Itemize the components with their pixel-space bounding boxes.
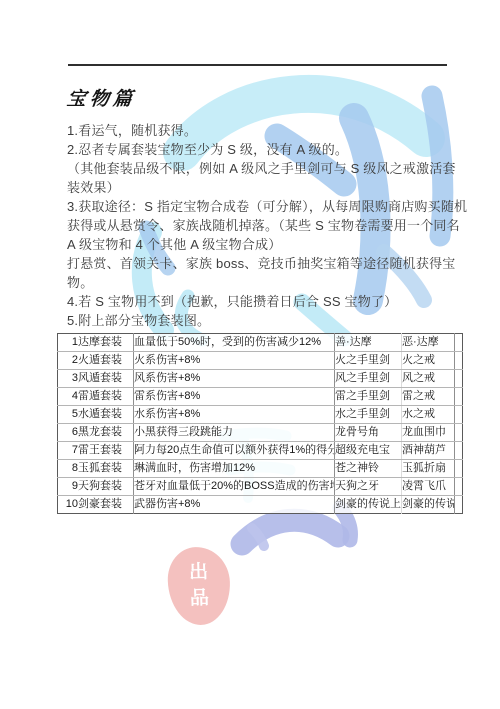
page-title: 宝物篇 xyxy=(66,84,138,111)
cell-item1: 超级充电宝 xyxy=(335,442,402,460)
cell-effect: 血量低于50%时，受到的伤害减少12% xyxy=(134,334,335,352)
cell-item1: 龙骨号角 xyxy=(335,424,402,442)
cell-name: 天狗套装 xyxy=(78,478,134,496)
cell-item2: 玉狐折扇 xyxy=(402,460,455,478)
text-line: 打悬赏、首领关卡、家族 boss、竞技币抽奖宝箱等途径随机获得宝 xyxy=(67,254,459,273)
text-line: 装效果） xyxy=(67,178,459,197)
cell-num: 8 xyxy=(58,460,79,478)
cell-name: 水遁套装 xyxy=(78,406,134,424)
cell-effect: 阿力每20点生命值可以额外获得1%的得分加成 xyxy=(134,442,335,460)
text-line: 物。 xyxy=(67,273,459,292)
cell-item2: 龙血围巾 xyxy=(402,424,455,442)
cell-num: 9 xyxy=(58,478,79,496)
cell-spacer xyxy=(455,460,463,478)
cell-effect: 风系伤害+8% xyxy=(134,370,335,388)
cell-spacer xyxy=(455,352,463,370)
table-row: 6黑龙套装小黑获得三段跳能力龙骨号角龙血围巾 xyxy=(58,424,463,442)
body-text: 1.看运气，随机获得。 2.忍者专属套装宝物至少为 S 级，没有 A 级的。 （… xyxy=(67,121,459,330)
cell-item2: 火之戒 xyxy=(402,352,455,370)
table-row: 9天狗套装苍牙对血量低于20%的BOSS造成的伤害增加15%天狗之牙凌霄飞爪 xyxy=(58,478,463,496)
cell-item2: 剑豪的传说下 xyxy=(402,496,455,514)
table-row: 4雷遁套装雷系伤害+8%雷之手里剑雷之戒 xyxy=(58,388,463,406)
cell-spacer xyxy=(455,370,463,388)
cell-item1: 天狗之牙 xyxy=(335,478,402,496)
cell-num: 2 xyxy=(58,352,79,370)
cell-name: 剑豪套装 xyxy=(78,496,134,514)
cell-item1: 苍之神铃 xyxy=(335,460,402,478)
cell-item1: 剑豪的传说上 xyxy=(335,496,402,514)
cell-num: 3 xyxy=(58,370,79,388)
cell-spacer xyxy=(455,424,463,442)
text-line: （其他套装品级不限，例如 A 级风之手里剑可与 S 级风之戒激活套 xyxy=(67,159,459,178)
cell-effect: 雷系伤害+8% xyxy=(134,388,335,406)
cell-effect: 武器伤害+8% xyxy=(134,496,335,514)
text-line: 3.获取途径：S 指定宝物合成卷（可分解），从每周限购商店购买随机 xyxy=(67,197,459,216)
cell-name: 火遁套装 xyxy=(78,352,134,370)
cell-item2: 凌霄飞爪 xyxy=(402,478,455,496)
header-rule xyxy=(68,64,447,66)
cell-item2: 恶·达摩 xyxy=(402,334,455,352)
cell-effect: 琳满血时，伤害增加12% xyxy=(134,460,335,478)
seal-char-bottom: 品 xyxy=(189,586,209,613)
table-row: 1达摩套装血量低于50%时，受到的伤害减少12%善·达摩恶·达摩 xyxy=(58,334,463,352)
text-line: A 级宝物和 4 个其他 A 级宝物合成） xyxy=(67,235,459,254)
cell-item2: 风之戒 xyxy=(402,370,455,388)
text-line: 5.附上部分宝物套装图。 xyxy=(67,311,459,330)
cell-name: 风遁套装 xyxy=(78,370,134,388)
table-row: 8玉狐套装琳满血时，伤害增加12%苍之神铃玉狐折扇 xyxy=(58,460,463,478)
cell-item1: 火之手里剑 xyxy=(335,352,402,370)
text-line: 2.忍者专属套装宝物至少为 S 级，没有 A 级的。 xyxy=(67,140,459,159)
table-row: 7雷王套装阿力每20点生命值可以额外获得1%的得分加成超级充电宝酒神葫芦 xyxy=(58,442,463,460)
text-line: 获得或从悬赏令、家族战随机掉落。（某些 S 宝物卷需要用一个同名 xyxy=(67,216,459,235)
cell-name: 达摩套装 xyxy=(78,334,134,352)
cell-num: 7 xyxy=(58,442,79,460)
table-row: 10剑豪套装武器伤害+8%剑豪的传说上剑豪的传说下 xyxy=(58,496,463,514)
cell-num: 10 xyxy=(58,496,79,514)
cell-spacer xyxy=(455,496,463,514)
text-line: 1.看运气，随机获得。 xyxy=(67,121,459,140)
cell-name: 黑龙套装 xyxy=(78,424,134,442)
cell-item1: 水之手里剑 xyxy=(335,406,402,424)
cell-item1: 善·达摩 xyxy=(335,334,402,352)
cell-item2: 水之戒 xyxy=(402,406,455,424)
cell-num: 4 xyxy=(58,388,79,406)
seal-char-top: 出 xyxy=(189,560,209,587)
cell-num: 1 xyxy=(58,334,79,352)
cell-spacer xyxy=(455,388,463,406)
cell-effect: 小黑获得三段跳能力 xyxy=(134,424,335,442)
treasure-set-table: 1达摩套装血量低于50%时，受到的伤害减少12%善·达摩恶·达摩2火遁套装火系伤… xyxy=(57,333,463,514)
cell-item2: 雷之戒 xyxy=(402,388,455,406)
cell-effect: 火系伤害+8% xyxy=(134,352,335,370)
cell-item1: 风之手里剑 xyxy=(335,370,402,388)
cell-item2: 酒神葫芦 xyxy=(402,442,455,460)
text-line: 4.若 S 宝物用不到（抱歉，只能攒着日后合 SS 宝物了） xyxy=(67,292,459,311)
cell-name: 雷遁套装 xyxy=(78,388,134,406)
cell-spacer xyxy=(455,478,463,496)
document-page: 宝物篇 1.看运气，随机获得。 2.忍者专属套装宝物至少为 S 级，没有 A 级… xyxy=(0,0,500,709)
cell-name: 雷王套装 xyxy=(78,442,134,460)
cell-spacer xyxy=(455,334,463,352)
table-row: 2火遁套装火系伤害+8%火之手里剑火之戒 xyxy=(58,352,463,370)
table-row: 3风遁套装风系伤害+8%风之手里剑风之戒 xyxy=(58,370,463,388)
cell-item1: 雷之手里剑 xyxy=(335,388,402,406)
seal-stamp: 出 品 xyxy=(167,546,232,626)
cell-name: 玉狐套装 xyxy=(78,460,134,478)
cell-spacer xyxy=(455,406,463,424)
cell-spacer xyxy=(455,442,463,460)
table-row: 5水遁套装水系伤害+8%水之手里剑水之戒 xyxy=(58,406,463,424)
cell-num: 6 xyxy=(58,424,79,442)
cell-effect: 苍牙对血量低于20%的BOSS造成的伤害增加15% xyxy=(134,478,335,496)
cell-effect: 水系伤害+8% xyxy=(134,406,335,424)
cell-num: 5 xyxy=(58,406,79,424)
